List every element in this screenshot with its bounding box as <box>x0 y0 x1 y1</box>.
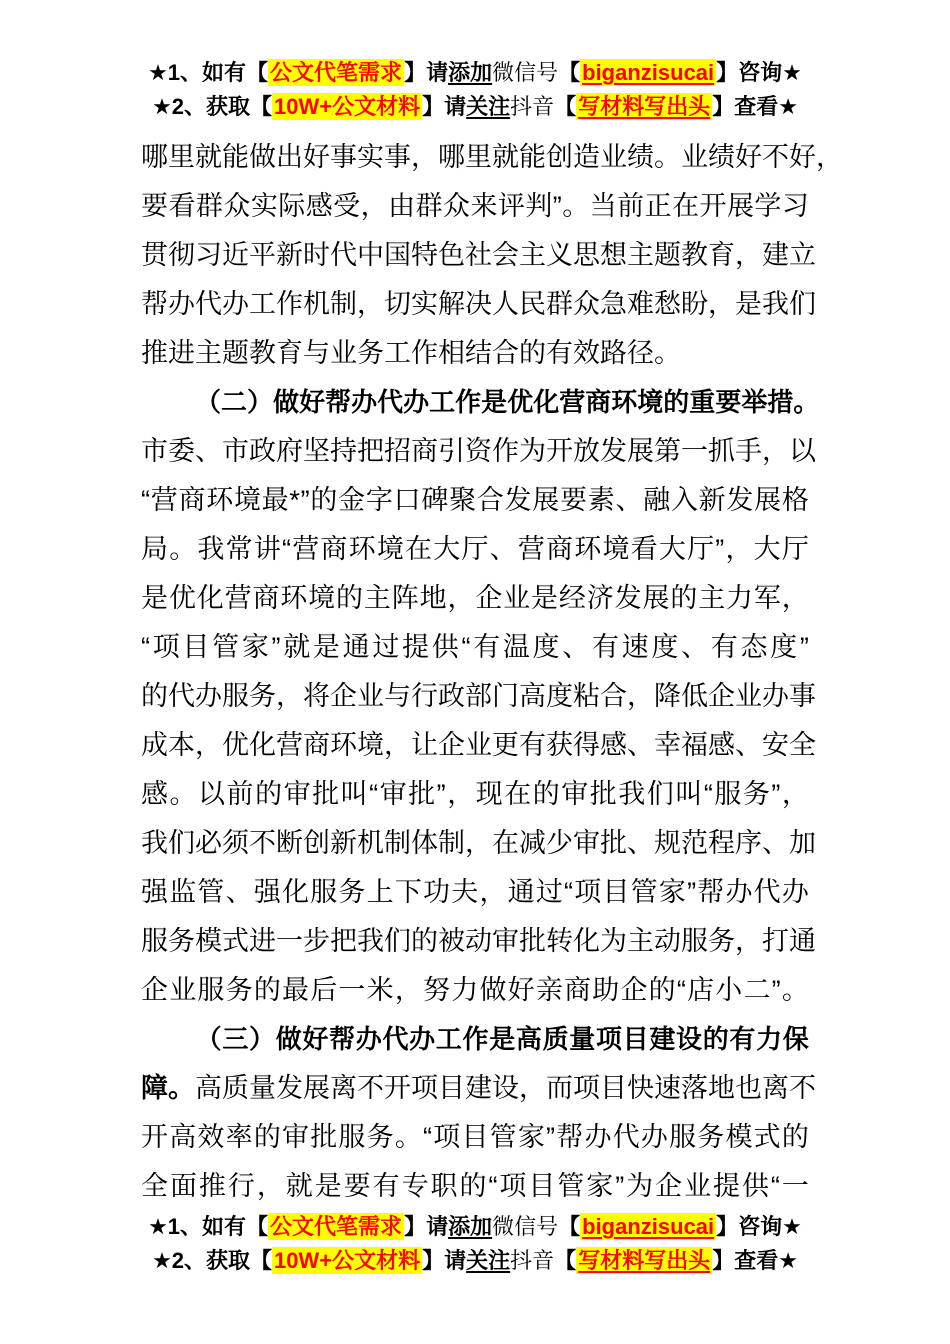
notice-segment: 【 <box>554 1248 576 1273</box>
page-header: ★1、如有【公文代笔需求】请添加微信号【biganzisucai】咨询★ ★2、… <box>0 56 950 124</box>
notice-segment: ★2、获取【 <box>152 94 272 119</box>
body-text-line: 是优化营商环境的主阵地，企业是经济发展的主力军， <box>141 574 809 623</box>
notice-segment: 【 <box>554 94 576 119</box>
notice-segment: 关注 <box>466 1248 510 1273</box>
page-footer: ★1、如有【公文代笔需求】请添加微信号【biganzisucai】咨询★ ★2、… <box>0 1210 950 1278</box>
footer-line-2: ★2、获取【10W+公文材料】请关注抖音【写材料写出头】查看★ <box>0 1244 950 1278</box>
notice-segment: biganzisucai <box>580 1213 716 1240</box>
notice-segment: 】查看★ <box>712 1248 798 1273</box>
notice-segment: ★1、如有【 <box>148 60 268 85</box>
notice-segment: 】请 <box>404 1214 448 1239</box>
document-page: ★1、如有【公文代笔需求】请添加微信号【biganzisucai】咨询★ ★2、… <box>0 0 950 1344</box>
body-text-line: 感。以前的审批叫“审批”，现在的审批我们叫“服务”， <box>141 770 809 819</box>
notice-segment: 微信号 <box>492 1214 558 1239</box>
body-text-line: 我们必须不断创新机制体制，在减少审批、规范程序、加 <box>141 819 809 868</box>
body-text-line: 市委、市政府坚持把招商引资作为开放发展第一抓手，以 <box>141 427 809 476</box>
body-text-line: 帮办代办工作机制，切实解决人民群众急难愁盼，是我们 <box>141 280 809 329</box>
body-text-line: 推进主题教育与业务工作相结合的有效路径。 <box>141 329 809 378</box>
body-text-line: 强监管、强化服务上下功夫，通过“项目管家”帮办代办 <box>141 868 809 917</box>
notice-segment: 】咨询★ <box>716 60 802 85</box>
notice-segment: 添加 <box>448 1214 492 1239</box>
notice-segment: 【 <box>558 1214 580 1239</box>
header-line-1: ★1、如有【公文代笔需求】请添加微信号【biganzisucai】咨询★ <box>0 56 950 90</box>
notice-segment: 抖音 <box>510 94 554 119</box>
body-heading-line: （二）做好帮办代办工作是优化营商环境的重要举措。 <box>141 378 809 427</box>
notice-segment: 】查看★ <box>712 94 798 119</box>
notice-segment: 】请 <box>422 1248 466 1273</box>
body-text-line: 的代办服务，将企业与行政部门高度粘合，降低企业办事 <box>141 672 809 721</box>
body-text-line: 障。高质量发展离不开项目建设，而项目快速落地也离不 <box>141 1064 809 1113</box>
notice-segment: 】咨询★ <box>716 1214 802 1239</box>
footer-line-1: ★1、如有【公文代笔需求】请添加微信号【biganzisucai】咨询★ <box>0 1210 950 1244</box>
document-body: 哪里就能做出好事实事，哪里就能创造业绩。业绩好不好，要看群众实际感受，由群众来评… <box>141 133 809 1211</box>
notice-segment: 10W+公文材料 <box>272 93 422 120</box>
header-line-2: ★2、获取【10W+公文材料】请关注抖音【写材料写出头】查看★ <box>0 90 950 124</box>
body-text-line: 开高效率的审批服务。“项目管家”帮办代办服务模式的 <box>141 1113 809 1162</box>
notice-segment: 写材料写出头 <box>576 93 712 120</box>
body-text-line: 贯彻习近平新时代中国特色社会主义思想主题教育，建立 <box>141 231 809 280</box>
notice-segment: 10W+公文材料 <box>272 1247 422 1274</box>
notice-segment: ★1、如有【 <box>148 1214 268 1239</box>
body-text-line: 哪里就能做出好事实事，哪里就能创造业绩。业绩好不好， <box>141 133 809 182</box>
notice-segment: 公文代笔需求 <box>268 59 404 86</box>
notice-segment: 【 <box>558 60 580 85</box>
notice-segment: 】请 <box>404 60 448 85</box>
notice-segment: 抖音 <box>510 1248 554 1273</box>
notice-segment: 关注 <box>466 94 510 119</box>
notice-segment: biganzisucai <box>580 59 716 86</box>
notice-segment: 微信号 <box>492 60 558 85</box>
notice-segment: 添加 <box>448 60 492 85</box>
notice-segment: 】请 <box>422 94 466 119</box>
body-text-line: 企业服务的最后一米，努力做好亲商助企的“店小二”。 <box>141 966 809 1015</box>
body-text-line: 全面推行，就是要有专职的“项目管家”为企业提供“一 <box>141 1162 809 1211</box>
body-text-line: 局。我常讲“营商环境在大厅、营商环境看大厅”，大厅 <box>141 525 809 574</box>
body-text-line: 要看群众实际感受，由群众来评判”。当前正在开展学习 <box>141 182 809 231</box>
body-text-line: “营商环境最*”的金字口碑聚合发展要素、融入新发展格 <box>141 476 809 525</box>
notice-segment: 公文代笔需求 <box>268 1213 404 1240</box>
body-text-line: 服务模式进一步把我们的被动审批转化为主动服务，打通 <box>141 917 809 966</box>
notice-segment: ★2、获取【 <box>152 1248 272 1273</box>
body-heading-line: （三）做好帮办代办工作是高质量项目建设的有力保 <box>141 1015 809 1064</box>
notice-segment: 写材料写出头 <box>576 1247 712 1274</box>
body-text-line: “项目管家”就是通过提供“有温度、有速度、有态度” <box>141 623 809 672</box>
body-text-line: 成本，优化营商环境，让企业更有获得感、幸福感、安全 <box>141 721 809 770</box>
